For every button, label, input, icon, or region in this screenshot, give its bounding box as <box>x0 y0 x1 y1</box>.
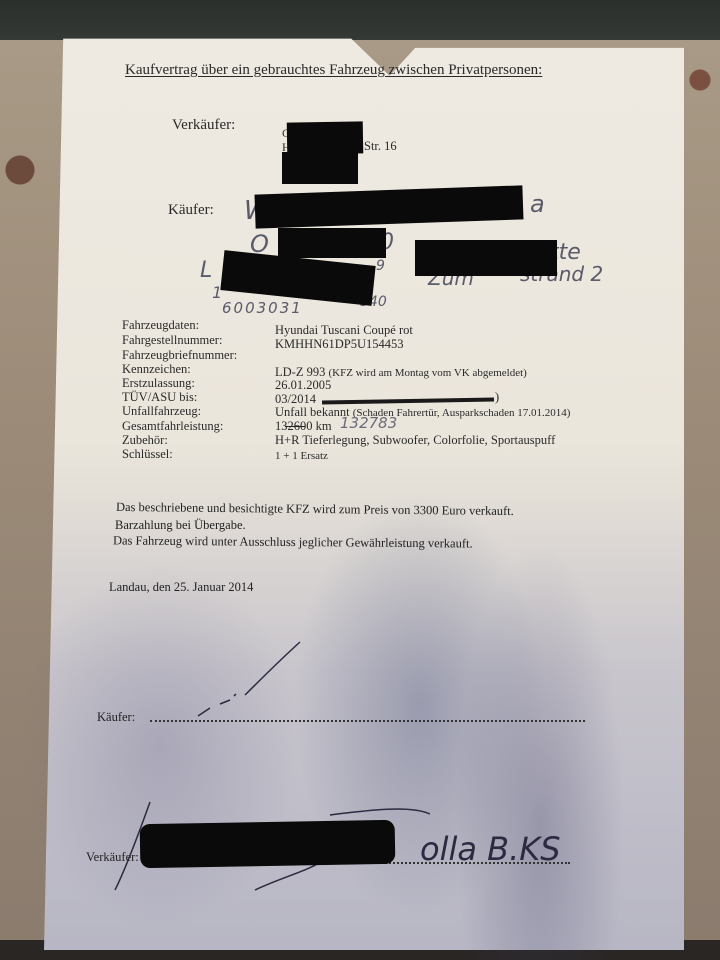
seller-signature-redaction <box>140 820 396 868</box>
seller-street-number: Str. 16 <box>364 139 397 154</box>
field-label-tuev: TÜV/ASU bis: <box>122 390 197 405</box>
seller-label: Verkäufer: <box>172 117 235 134</box>
kennzeichen-value: LD-Z 993 <box>275 365 325 379</box>
field-value-schluessel: 1 + 1 Ersatz <box>275 450 328 462</box>
buyer-handwriting-6: 9 <box>376 258 385 274</box>
field-value-fahrzeugdaten: Hyundai Tuscani Coupé rot <box>275 323 413 338</box>
field-label-fahrzeugdaten: Fahrzeugdaten: <box>122 318 199 333</box>
buyer-label: Käufer: <box>168 202 214 219</box>
field-value-erstzulassung: 26.01.2005 <box>275 378 331 393</box>
buyer-redaction-3 <box>415 240 557 276</box>
buyer-handwriting-1: a <box>530 190 545 218</box>
tuev-note-close-paren: ) <box>495 390 499 405</box>
field-label-gesamtfahrleistung: Gesamtfahrleistung: <box>122 419 223 434</box>
buyer-signature-line <box>150 720 585 722</box>
unfall-value: Unfall bekannt <box>275 405 350 419</box>
terms-warranty: Das Fahrzeug wird unter Ausschluss jegli… <box>113 533 473 551</box>
field-label-zubehoer: Zubehör: <box>122 433 168 448</box>
terms-payment: Barzahlung bei Übergabe. <box>115 518 246 533</box>
field-label-kennzeichen: Kennzeichen: <box>122 362 191 377</box>
field-label-fahrzeugbriefnummer: Fahrzeugbriefnummer: <box>122 348 237 363</box>
field-label-schluessel: Schlüssel: <box>122 447 173 462</box>
field-value-zubehoer: H+R Tieferlegung, Subwoofer, Colorfolie,… <box>275 433 555 448</box>
field-label-unfallfahrzeug: Unfallfahrzeug: <box>122 404 201 419</box>
field-label-fahrgestellnummer: Fahrgestellnummer: <box>122 333 222 348</box>
buyer-handwriting-5: L <box>200 258 212 283</box>
buyer-redaction-2 <box>278 228 386 258</box>
field-label-erstzulassung: Erstzulassung: <box>122 376 195 391</box>
kennzeichen-note: (KFZ wird am Montag vom VK abgemeldet) <box>328 367 526 379</box>
seller-signature-text: olla B.KS <box>420 830 561 868</box>
mileage-strikethrough <box>285 426 305 427</box>
place-date: Landau, den 25. Januar 2014 <box>109 580 253 595</box>
buyer-handwriting-10: 6003031 <box>222 299 303 317</box>
document-title: Kaufvertrag über ein gebrauchtes Fahrzeu… <box>125 62 542 79</box>
seller-redaction-1 <box>287 121 364 154</box>
mileage-handwritten-correction: 132783 <box>340 414 397 432</box>
field-value-unfallfahrzeug: Unfall bekannt (Schaden Fahrertür, Auspa… <box>275 405 570 420</box>
buyer-signature-label: Käufer: <box>97 710 135 725</box>
field-value-fahrgestellnummer: KMHHN61DP5U154453 <box>275 337 403 352</box>
seller-redaction-2 <box>282 152 358 184</box>
buyer-signature-strokes <box>190 640 310 720</box>
